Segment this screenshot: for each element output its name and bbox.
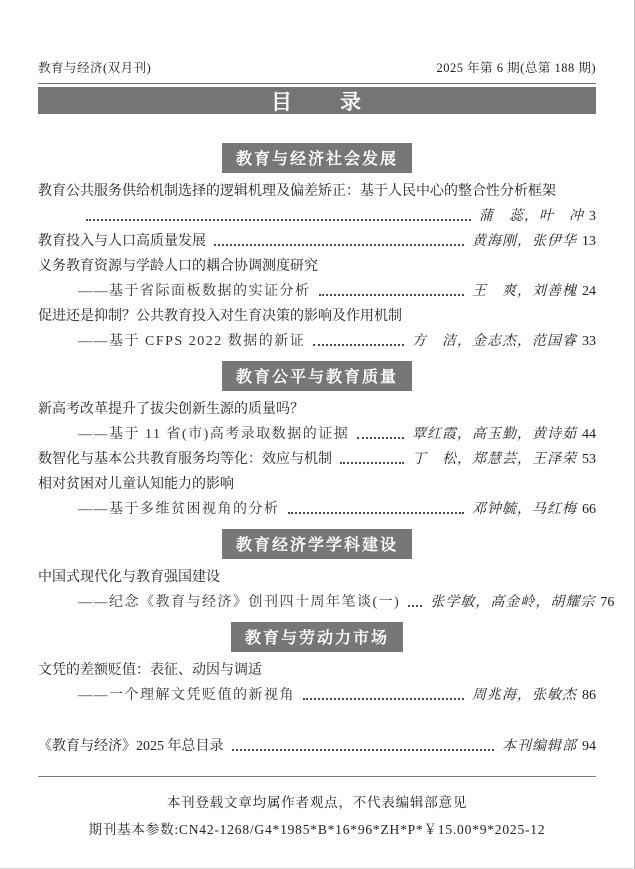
toc-article: 教育投入与人口高质量发展 黄海刚，张伊华 13 [38, 229, 596, 254]
article-authors: 蒲 蕊，叶 冲 [479, 204, 584, 229]
toc-article: 文凭的差额贬值：表征、动因与调适 ——一个理解文凭贬值的新视角 周兆海，张敏杰 … [38, 658, 596, 708]
article-subtitle: ——基于 CFPS 2022 数据的新证 [78, 329, 305, 354]
article-title: 中国式现代化与教育强国建设 [38, 565, 220, 590]
issue-info: 2025 年第 6 期(总第 188 期) [437, 58, 596, 76]
section-banner-3: 教育经济学学科建设 [222, 529, 412, 559]
dot-leader [86, 219, 471, 221]
article-title: 文凭的差额贬值：表征、动因与调适 [38, 658, 262, 683]
article-page-number: 44 [582, 422, 596, 447]
article-subtitle: ——基于 11 省(市)高考录取数据的证据 [78, 422, 349, 447]
article-page-number: 86 [582, 683, 596, 708]
article-entry-line: ——纪念《教育与经济》创刊四十周年笔谈(一) 张学敏，高金岭，胡耀宗 76 [38, 590, 596, 615]
dot-leader [303, 698, 464, 700]
article-entry-line: ——基于 11 省(市)高考录取数据的证据 覃红霞，高玉勤，黄诗茹 44 [38, 422, 596, 447]
article-authors: 王 爽，刘善槐 [472, 279, 577, 304]
journal-toc-page: 教育与经济(双月刊) 2025 年第 6 期(总第 188 期) 目 录 教育与… [0, 0, 635, 869]
article-title: 教育公共服务供给机制选择的逻辑机理及偏差矫正：基于人民中心的整合性分析框架 [38, 179, 556, 204]
article-subtitle: ——基于多维贫困视角的分析 [78, 497, 280, 522]
dot-leader [357, 437, 404, 439]
section-banner-4: 教育与劳动力市场 [231, 622, 403, 652]
article-authors: 黄海刚，张伊华 [472, 229, 577, 254]
article-page-number: 13 [582, 229, 596, 254]
article-page-number: 33 [582, 329, 596, 354]
article-authors: 周兆海，张敏杰 [472, 683, 577, 708]
toc-article: 教育公共服务供给机制选择的逻辑机理及偏差矫正：基于人民中心的整合性分析框架 蒲 … [38, 179, 596, 229]
article-authors: 覃红霞，高玉勤，黄诗茹 [412, 422, 577, 447]
article-title: 相对贫困对儿童认知能力的影响 [38, 472, 234, 497]
journal-name: 教育与经济(双月刊) [38, 58, 151, 76]
article-subtitle: ——一个理解文凭贬值的新视角 [78, 683, 295, 708]
article-page-number: 53 [582, 447, 596, 472]
article-entry-line: ——基于省际面板数据的实证分析 王 爽，刘善槐 24 [38, 279, 596, 304]
article-entry-line: 蒲 蕊，叶 冲 3 [38, 204, 596, 229]
annual-index-row: 《教育与经济》2025 年总目录 本刊编辑部 94 [38, 734, 596, 759]
section-banner-1: 教育与经济社会发展 [222, 143, 412, 173]
section-banner-2: 教育公平与教育质量 [222, 361, 412, 391]
article-entry-line: ——基于多维贫困视角的分析 邓钟毓，马红梅 66 [38, 497, 596, 522]
article-title: 促进还是抑制？公共教育投入对生育决策的影响及作用机制 [38, 304, 402, 329]
dot-leader [319, 294, 465, 296]
article-authors: 邓钟毓，马红梅 [472, 497, 577, 522]
footer-disclaimer: 本刊登载文章均属作者观点，不代表编辑部意见 [38, 789, 596, 816]
header-rule [38, 83, 596, 84]
toc-article: 促进还是抑制？公共教育投入对生育决策的影响及作用机制 ——基于 CFPS 202… [38, 304, 596, 354]
dot-leader [288, 512, 465, 514]
article-title: 教育投入与人口高质量发展 [38, 229, 206, 254]
toc-article: 相对贫困对儿童认知能力的影响 ——基于多维贫困视角的分析 邓钟毓，马红梅 66 [38, 472, 596, 522]
article-title-line: 新高考改革提升了拔尖创新生源的质量吗？ [38, 397, 596, 422]
dot-leader [313, 344, 404, 346]
article-title: 数智化与基本公共教育服务均等化：效应与机制 [38, 447, 332, 472]
toc-article: 义务教育资源与学龄人口的耦合协调测度研究 ——基于省际面板数据的实证分析 王 爽… [38, 254, 596, 304]
article-title: 义务教育资源与学龄人口的耦合协调测度研究 [38, 254, 318, 279]
article-title-line: 促进还是抑制？公共教育投入对生育决策的影响及作用机制 [38, 304, 596, 329]
article-page-number: 3 [589, 204, 596, 229]
section-banner-row: 教育与劳动力市场 [38, 622, 596, 652]
section-banner-row: 教育与经济社会发展 [38, 143, 596, 173]
article-authors: 方 洁，金志杰，范国睿 [412, 329, 577, 354]
article-subtitle: ——纪念《教育与经济》创刊四十周年笔谈(一) [78, 590, 400, 615]
article-authors: 丁 松，郑慧芸，王泽荣 [412, 447, 577, 472]
article-title-line: 义务教育资源与学龄人口的耦合协调测度研究 [38, 254, 596, 279]
footer-rule [38, 776, 596, 777]
dot-leader [214, 244, 464, 246]
toc-title: 目 录 [271, 86, 363, 116]
dot-leader [232, 749, 495, 751]
article-page-number: 24 [582, 279, 596, 304]
annual-index-authors: 本刊编辑部 [502, 734, 577, 759]
article-title-line: 文凭的差额贬值：表征、动因与调适 [38, 658, 596, 683]
dot-leader [340, 462, 404, 464]
annual-index-page-number: 94 [582, 734, 596, 759]
article-entry-line: ——一个理解文凭贬值的新视角 周兆海，张敏杰 86 [38, 683, 596, 708]
article-entry-line: 教育投入与人口高质量发展 黄海刚，张伊华 13 [38, 229, 596, 254]
toc-title-banner: 目 录 [38, 87, 596, 114]
article-subtitle: ——基于省际面板数据的实证分析 [78, 279, 311, 304]
article-entry-line: 数智化与基本公共教育服务均等化：效应与机制 丁 松，郑慧芸，王泽荣 53 [38, 447, 596, 472]
article-page-number: 76 [600, 590, 614, 615]
article-title-line: 中国式现代化与教育强国建设 [38, 565, 596, 590]
toc-article: 数智化与基本公共教育服务均等化：效应与机制 丁 松，郑慧芸，王泽荣 53 [38, 447, 596, 472]
article-title-line: 相对贫困对儿童认知能力的影响 [38, 472, 596, 497]
section-banner-row: 教育经济学学科建设 [38, 529, 596, 559]
article-title: 新高考改革提升了拔尖创新生源的质量吗？ [38, 397, 304, 422]
article-authors: 张学敏，高金岭，胡耀宗 [430, 590, 595, 615]
annual-index-title: 《教育与经济》2025 年总目录 [38, 734, 224, 759]
article-entry-line: ——基于 CFPS 2022 数据的新证 方 洁，金志杰，范国睿 33 [38, 329, 596, 354]
footer-journal-parameters: 期刊基本参数:CN42-1268/G4*1985*B*16*96*ZH*P*￥1… [38, 816, 596, 843]
masthead: 教育与经济(双月刊) 2025 年第 6 期(总第 188 期) [38, 58, 596, 83]
toc-article: 中国式现代化与教育强国建设 ——纪念《教育与经济》创刊四十周年笔谈(一) 张学敏… [38, 565, 596, 615]
toc-article: 新高考改革提升了拔尖创新生源的质量吗？ ——基于 11 省(市)高考录取数据的证… [38, 397, 596, 447]
dot-leader [408, 605, 422, 607]
article-page-number: 66 [582, 497, 596, 522]
article-title-line: 教育公共服务供给机制选择的逻辑机理及偏差矫正：基于人民中心的整合性分析框架 [38, 179, 596, 204]
section-banner-row: 教育公平与教育质量 [38, 361, 596, 391]
